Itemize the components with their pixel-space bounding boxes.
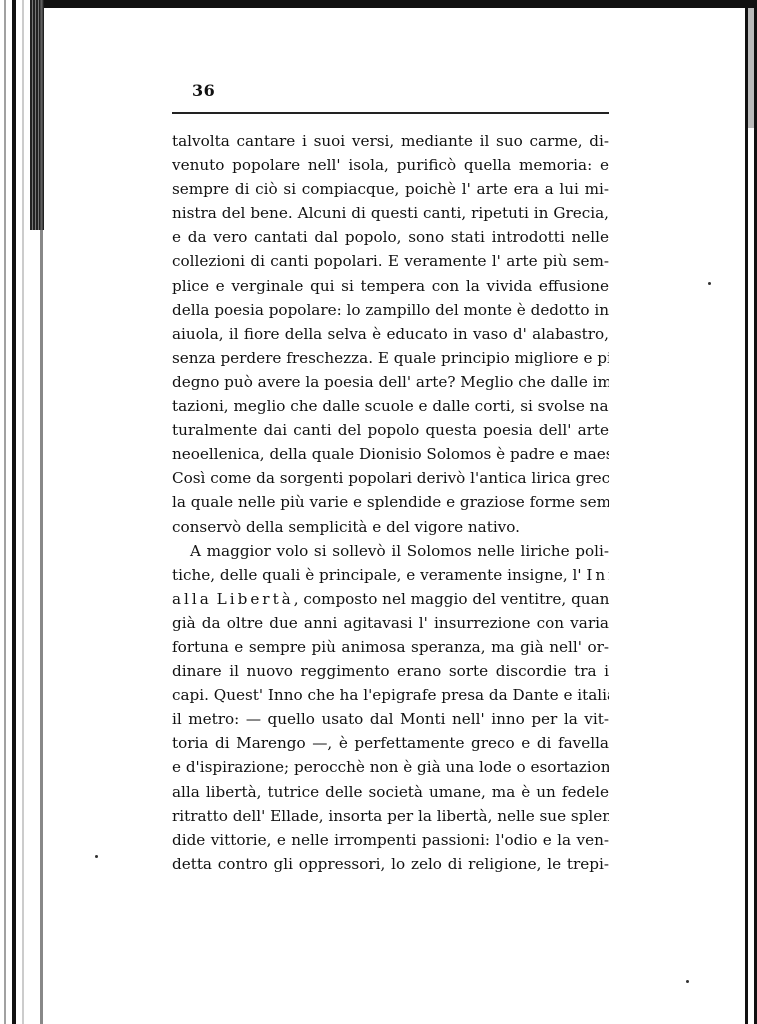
body-text: talvolta cantare i suoi versi, mediante … [172,129,609,876]
text-line: già da oltre due anni agitavasi l' insur… [172,611,609,635]
text-line: nistra del bene. Alcuni di questi canti,… [172,201,609,225]
text-line: dinare il nuovo reggimento erano sorte d… [172,659,609,683]
scan-speck [95,855,98,858]
text-line: aiuola, il fiore della selva è educato i… [172,322,609,346]
text-segment: tiche, delle quali è principale, e veram… [172,566,586,584]
text-line: della poesia popolare: lo zampillo del m… [172,298,609,322]
text-segment: , composto nel maggio del ventitre, quan… [294,590,609,608]
text-line: e d'ispirazione; perocchè non è già una … [172,755,609,779]
poem-title-inno: Inno [586,566,609,584]
text-line: il metro: — quello usato dal Monti nell'… [172,707,609,731]
text-line: dide vittorie, e nelle irrompenti passio… [172,828,609,852]
text-line: conservò della semplicità e del vigore n… [172,515,609,539]
text-line: talvolta cantare i suoi versi, mediante … [172,129,609,153]
text-line: detta contro gli oppressori, lo zelo di … [172,852,609,876]
text-line: plice e verginale qui si tempera con la … [172,274,609,298]
text-line: turalmente dai canti del popolo questa p… [172,418,609,442]
text-line: senza perdere freschezza. E quale princi… [172,346,609,370]
scan-speck [686,980,689,983]
text-line: sempre di ciò si compiacque, poichè l' a… [172,177,609,201]
text-line: Così come da sorgenti popolari derivò l'… [172,466,609,490]
page-number: 36 [192,81,215,100]
text-line: alla libertà, tutrice delle società uman… [172,780,609,804]
text-line: la quale nelle più varie e splendide e g… [172,490,609,514]
text-line: tiche, delle quali è principale, e veram… [172,563,609,587]
scan-right-edge [742,8,757,1024]
paragraph-start-line: A maggior volo si sollevò il Solomos nel… [172,539,609,563]
scan-speck [708,282,711,285]
text-line: venuto popolare nell' isola, purificò qu… [172,153,609,177]
text-line: e da vero cantati dal popolo, sono stati… [172,225,609,249]
scan-left-edge [0,0,50,1024]
scan-top-border [30,0,757,8]
text-line: collezioni di canti popolari. E verament… [172,249,609,273]
text-line: neoellenica, della quale Dionisio Solomo… [172,442,609,466]
poem-title-liberta: Libertà [217,590,294,608]
text-line: tazioni, meglio che dalle scuole e dalle… [172,394,609,418]
text-line: ritratto dell' Ellade, insorta per la li… [172,804,609,828]
header-rule [172,112,609,114]
text-line: degno può avere la poesia dell' arte? Me… [172,370,609,394]
text-line: toria di Marengo —, è perfettamente grec… [172,731,609,755]
poem-title-alla: alla [172,590,212,608]
text-line: fortuna e sempre più animosa speranza, m… [172,635,609,659]
text-line: capi. Quest' Inno che ha l'epigrafe pres… [172,683,609,707]
text-line: alla Libertà, composto nel maggio del ve… [172,587,609,611]
